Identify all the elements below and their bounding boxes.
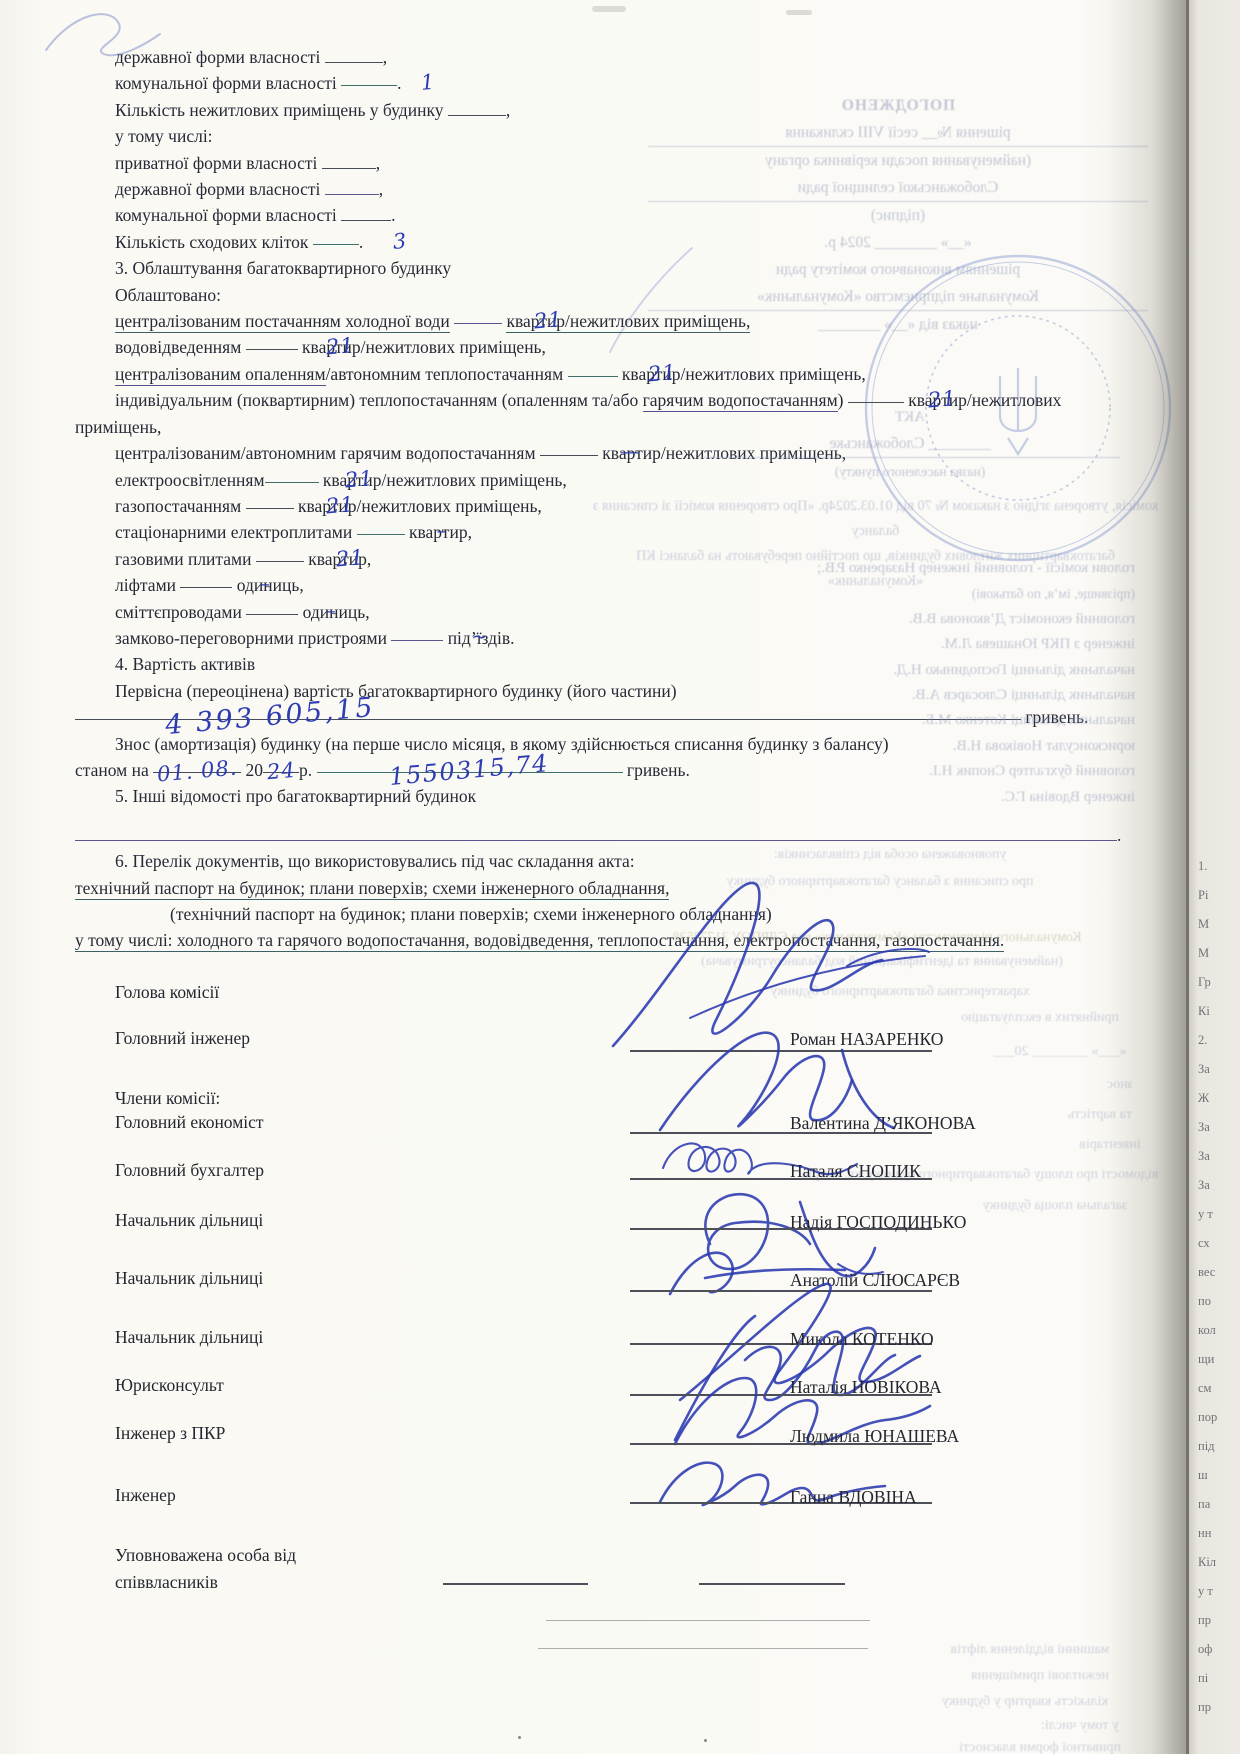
bleedthrough-line: інженер Вдовіна Г.С. [655,785,1135,810]
text: ) [838,390,844,410]
text: приватної форми власності [115,153,317,173]
text: Первісна (переоцінена) вартість багатокв… [115,681,677,701]
commission-members-label: Члени комісії: [115,1088,220,1109]
bleedthrough-line: головний економіст Д’яконова В.В. [655,607,1135,632]
blank-line [322,153,376,169]
edge-fragment: 2. [1198,1026,1238,1055]
text: 3. Облаштування багатоквартирного будинк… [115,258,451,278]
blank-line [325,179,379,195]
text: , [383,47,387,67]
blank-line: ~ [391,625,443,641]
edge-fragment: сх [1198,1229,1238,1258]
edge-fragment: па [1198,1490,1238,1519]
edge-fragment: кол [1198,1316,1238,1345]
text: станом на [75,760,149,780]
blank-line [75,825,1117,841]
edge-fragment: ш [1198,1461,1238,1490]
edge-fragment: 1. [1198,852,1238,881]
blank-signature-line [699,1583,845,1585]
text: централізованим/автономним гарячим водоп… [115,443,536,463]
text: державної форми власності [115,47,320,67]
doc-line: Облаштовано: [75,282,1137,308]
text: комунальної форми власності [115,73,337,93]
blank-line: — [540,440,598,456]
edge-fragment: За [1198,1055,1238,1084]
edge-fragment: Гр [1198,968,1238,997]
text: 5. Інші відомості про багатоквартирний б… [115,786,476,806]
role-label-section-chief-2: Начальник дільниці [115,1268,263,1289]
edge-fragment: Кі [1198,997,1238,1026]
edge-fragment: М [1198,939,1238,968]
edge-fragment: у т [1198,1577,1238,1606]
bleedthrough-line: начальник дільниці Котенко М.Б. [655,708,1135,733]
text: державної форми власності [115,179,320,199]
blank-line: – [246,599,298,615]
edge-fragment: оф [1198,1635,1238,1664]
edge-fragment: Ж [1198,1084,1238,1113]
role-label-engineer: Інженер [115,1485,176,1506]
text: , [506,100,510,120]
blank-line: – [357,519,405,535]
bleedthrough-line: юрисконсульт Новікова Н.В. [655,734,1135,759]
blank-line: 21 [246,334,298,350]
doc-line: Кількість сходових кліток 3. [75,229,1137,255]
edge-fragment: вес [1198,1258,1238,1287]
blank-line: 21 [454,308,502,324]
doc-line: централізованим постачанням холодної вод… [75,308,1137,334]
signature-vdovina [640,1442,940,1522]
page-fold-line [1186,0,1189,1754]
text: централізованим опаленням [115,364,326,386]
bleedthrough-line: (назва населеного пункту) [700,458,1120,485]
role-label-chief-engineer: Головний інженер [115,1028,250,1049]
text: , [376,153,380,173]
handwritten-year: 24 [266,765,295,777]
text: Облаштовано: [115,285,221,305]
text: , [379,179,383,199]
doc-line: державної форми власності , [75,176,1137,202]
blank-line: – [180,572,232,588]
doc-section-heading: 3. Облаштування багатоквартирного будинк… [75,255,1137,281]
commission-head-label: Голова комісії [115,982,219,1003]
scan-speck [518,1736,521,1739]
text: ліфтами [115,575,176,595]
edge-fragment: Рі [1198,881,1238,910]
bleedthrough-line: начальник дільниці Господинько Н.Д. [655,658,1135,683]
blank-line: 24 [263,757,299,773]
edge-fragment: За [1198,1171,1238,1200]
blank-line [325,47,383,63]
role-label-section-chief-3: Начальник дільниці [115,1327,263,1348]
blank-line: 01. 08. [153,757,241,773]
name-vdovina: Ганна ВДОВІНА [790,1487,917,1508]
doc-line: приватної форми власності , [75,150,1137,176]
edge-fragment: у т [1198,1200,1238,1229]
text: замково-переговорними пристроями [115,628,387,648]
bleedthrough-line: інженер з ПКР Юнашева Л.М. [655,632,1135,657]
handwritten-wear-value: 1550315,74 [389,758,549,782]
blank-line: 21 [568,361,618,377]
edge-fragment: пр [1198,1693,1238,1722]
text: технічний паспорт на будинок; плани пове… [75,878,669,900]
bleedthrough-line: начальник дільниці Слюсарєв А.В. [655,683,1135,708]
blank-line-faint [538,1648,868,1649]
text: індивідуальним (поквартирним) теплопоста… [115,390,638,410]
doc-line: у тому числі: [75,123,1137,149]
doc-line: комунальної форми власності 1. [75,70,1137,96]
edge-fragment: Кіл [1198,1548,1238,1577]
handwritten-value: – [286,606,337,616]
text: сміттєпроводами [115,602,242,622]
text: стаціонарними електроплитами [115,522,352,542]
text: /автономним теплопостачанням [326,364,564,384]
handwritten-value: – [397,526,448,536]
blank-line: 1 [341,70,397,86]
scan-speck [704,1739,707,1742]
text: централізованим постачанням холодної вод… [115,311,450,333]
edge-fragment: нн [1198,1519,1238,1548]
blank-line: 21 [265,467,319,483]
text: газовими плитами [115,549,251,569]
role-label-pkr-engineer: Інженер з ПКР [115,1423,225,1444]
edge-fragment: М [1198,910,1238,939]
text: 20 [246,760,264,780]
text: Кількість сходових кліток [115,232,308,252]
bleedthrough-line: ________ Слобожанське [700,430,1120,458]
blank-line: 21 [256,546,304,562]
role-label-section-chief-1: Начальник дільниці [115,1210,263,1231]
edge-fragment: щи [1198,1345,1238,1374]
scan-smudge [592,6,626,12]
role-label-chief-accountant: Головний бухгалтер [115,1160,264,1181]
blank-signature-line [443,1583,588,1585]
authorized-person-label-line2: співвласників [115,1572,218,1593]
edge-fragment: пі [1198,1664,1238,1693]
handwritten-value: – [220,579,271,589]
edge-fragment: За [1198,1142,1238,1171]
role-label-chief-economist: Головний економіст [115,1112,264,1133]
doc-line: водовідведенням 21 квартир/нежитлових пр… [75,334,1137,360]
scan-smudge [786,10,812,15]
text: р. [299,760,312,780]
handwritten-value: 1 [381,77,436,92]
edge-fragment: по [1198,1287,1238,1316]
doc-line: централізованим опаленням/автономним теп… [75,361,1137,387]
bleedthrough-akt: АКТ [880,404,940,431]
text: 4. Вартість активів [115,654,255,674]
handwritten-value: ~ [431,632,488,642]
text: 6. Перелік документів, що використовувал… [115,851,635,871]
text: гарячим водопостачанням [643,390,838,412]
doc-line: Кількість нежитлових приміщень у будинку… [75,97,1137,123]
page-fold-shadow [1108,0,1186,1754]
doc-line: державної форми власності , [75,44,1137,70]
bleedthrough-line: голови комісії - головний інженер Назаре… [655,556,1135,581]
blank-line: 3 [313,229,359,245]
edge-fragment: За [1198,1113,1238,1142]
blank-line: 1550315,74 [317,757,623,773]
handwritten-value: — [580,447,640,457]
bleedthrough-line: комісія, утворена згідно з наказом № 70 … [588,494,1163,544]
edge-fragment: см [1198,1374,1238,1403]
edge-fragment: пр [1198,1606,1238,1635]
blank-line [448,100,506,116]
text: електроосвітленням [115,470,265,490]
name-hospodynko: Надія ГОСПОДИНЬКО [790,1212,966,1233]
text: у тому числі: [115,126,213,146]
bleedthrough-fragment: уповноважена особа від співвласників: [640,845,1140,865]
handwritten-initial-value: 4 393 605,15 [165,703,375,731]
handwritten-date: 01. 08. [157,762,238,779]
text: . [391,205,395,225]
text: комунальної форми власності [115,205,337,225]
edge-fragment: пор [1198,1403,1238,1432]
role-label-legal-counsel: Юрисконсульт [115,1375,224,1396]
scanned-document-page: ПОГОДЖЕНО рішення №__ сесії VIII скликан… [0,0,1240,1754]
edge-fragment: під [1198,1432,1238,1461]
blank-line: 21 [848,387,904,403]
text: газопостачанням [115,496,241,516]
bleedthrough-line: (прізвище, ім’я, по батькові) [655,581,1135,606]
text: водовідведенням [115,337,241,357]
blank-line: 21 [246,493,294,509]
bleedthrough-commission-roles: голови комісії - головний інженер Назаре… [655,556,1135,810]
bleedthrough-line: головний бухгалтер Снопик Н.І. [655,759,1135,784]
blank-line-faint [546,1620,870,1621]
bleedthrough-place: ________ Слобожанське (назва населеного … [700,430,1120,485]
authorized-person-label-line1: Уповноважена особа від [115,1545,296,1566]
doc-line: комунальної форми власності . [75,202,1137,228]
adjacent-page-text-fragments: 1. Рі М М Гр Кі 2. За Ж За За За у т сх … [1198,852,1238,1722]
text: Кількість нежитлових приміщень у будинку [115,100,443,120]
blank-line [341,205,391,221]
